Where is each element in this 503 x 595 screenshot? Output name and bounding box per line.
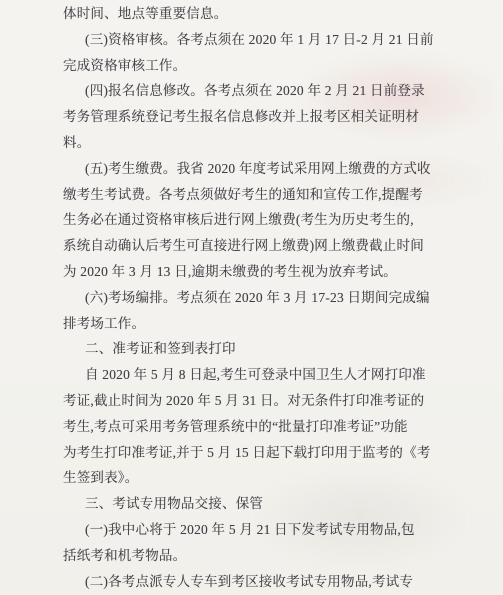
text-line: 生签到表》。 bbox=[63, 465, 483, 491]
text-line: 体时间、地点等重要信息。 bbox=[63, 1, 483, 27]
text-line: 为 2020 年 3 月 13 日,逾期未缴费的考生视为放弃考试。 bbox=[63, 259, 483, 285]
text-line: 考证,截止时间为 2020 年 5 月 31 日。对无条件打印准考证的 bbox=[63, 388, 483, 414]
text-line: (二)各考点派专人专车到考区接收考试专用物品,考试专 bbox=[63, 569, 483, 595]
text-line: 生务必在通过资格审核后进行网上缴费(考生为历史考生的, bbox=[63, 207, 483, 233]
text-line: 考务管理系统登记考生报名信息修改并上报考区相关证明材 bbox=[63, 104, 483, 130]
text-line: (四)报名信息修改。各考点须在 2020 年 2 月 21 日前登录 bbox=[63, 78, 483, 104]
text-line: 料。 bbox=[63, 130, 483, 156]
text-line: 缴考生考试费。各考点须做好考生的通知和宣传工作,提醒考 bbox=[63, 182, 483, 208]
text-line: 为考生打印准考证,并于 5 月 15 日起下载打印用于监考的《考 bbox=[63, 440, 483, 466]
document-text-block: 体时间、地点等重要信息。(三)资格审核。各考点须在 2020 年 1 月 17 … bbox=[63, 1, 483, 594]
text-line: 完成资格审核工作。 bbox=[63, 53, 483, 79]
text-line: 考生,考点可采用考务管理系统中的“批量打印准考证”功能 bbox=[63, 414, 483, 440]
text-line: (一)我中心将于 2020 年 5 月 21 日下发考试专用物品,包 bbox=[63, 517, 483, 543]
text-line: 括纸考和机考物品。 bbox=[63, 543, 483, 569]
text-line: 自 2020 年 5 月 8 日起,考生可登录中国卫生人才网打印准 bbox=[63, 362, 483, 388]
text-line: 系统自动确认后考生可直接进行网上缴费)网上缴费截止时间 bbox=[63, 233, 483, 259]
text-line: (三)资格审核。各考点须在 2020 年 1 月 17 日-2 月 21 日前 bbox=[63, 27, 483, 53]
text-line: 三、考试专用物品交接、保管 bbox=[63, 491, 483, 517]
text-line: 二、准考证和签到表打印 bbox=[63, 336, 483, 362]
text-line: (五)考生缴费。我省 2020 年度考试采用网上缴费的方式收 bbox=[63, 156, 483, 182]
document-page: 体时间、地点等重要信息。(三)资格审核。各考点须在 2020 年 1 月 17 … bbox=[0, 0, 503, 595]
text-line: (六)考场编排。考点须在 2020 年 3 月 17-23 日期间完成编 bbox=[63, 285, 483, 311]
text-line: 排考场工作。 bbox=[63, 311, 483, 337]
